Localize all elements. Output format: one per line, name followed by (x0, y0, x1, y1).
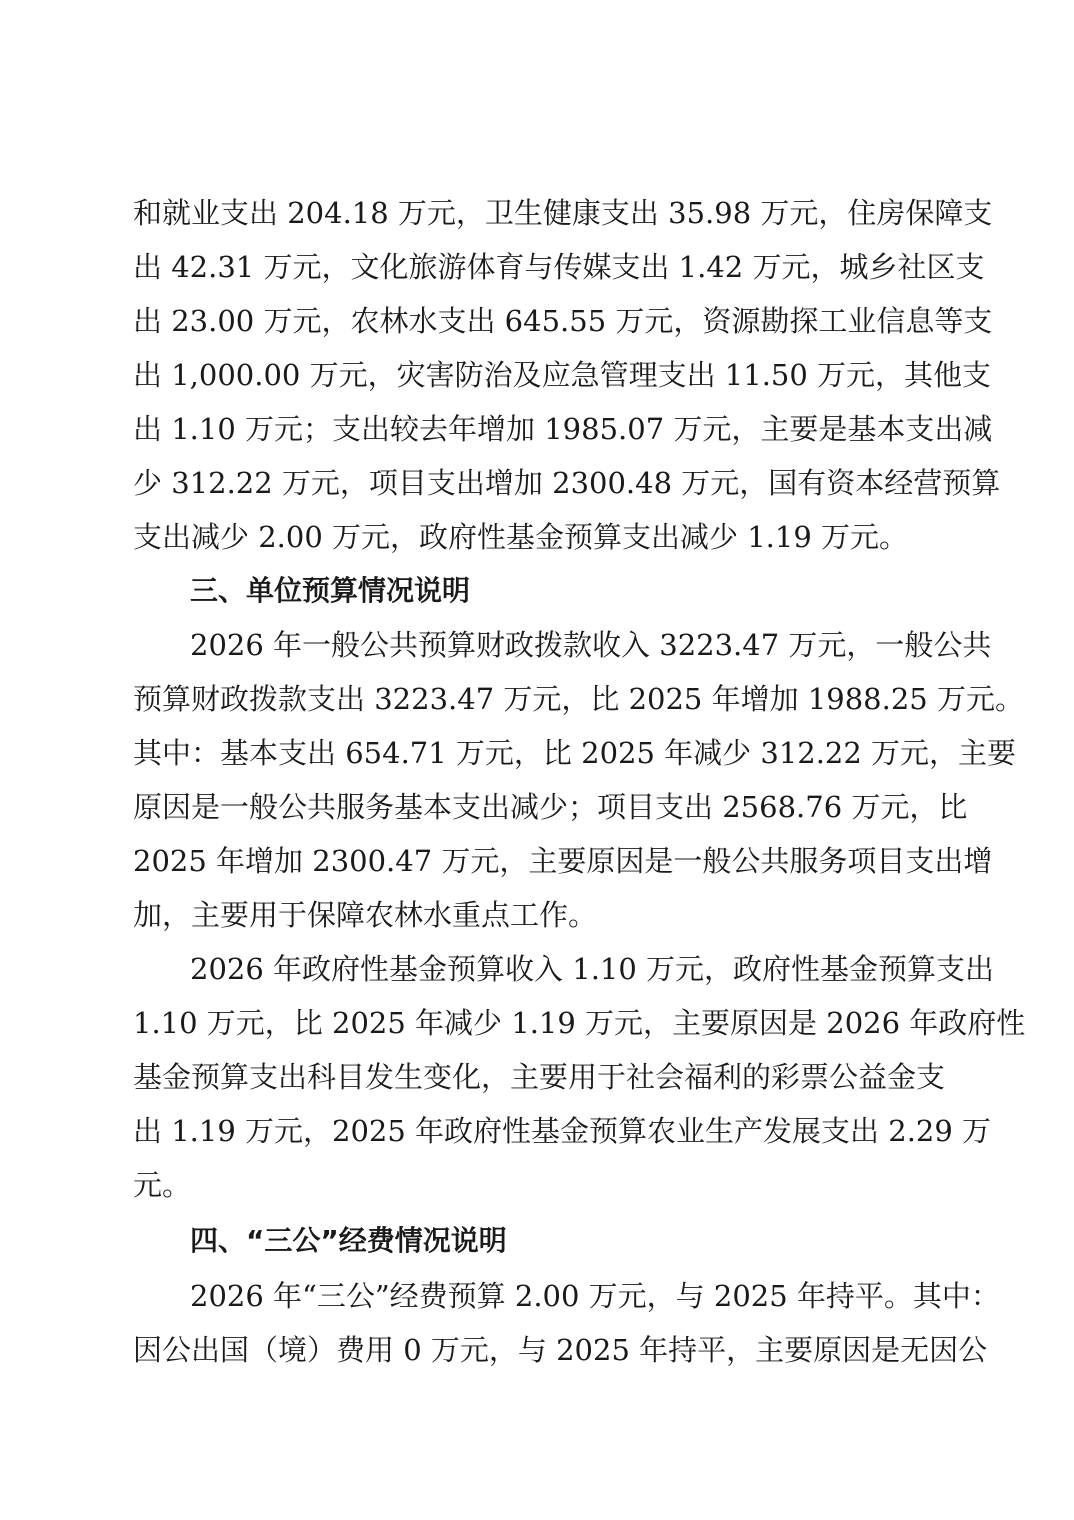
paragraph-line: 原因是一般公共服务基本支出减少；项目支出 2568.76 万元，比 (133, 787, 943, 827)
paragraph-line: 加，主要用于保障农林水重点工作。 (133, 895, 943, 935)
paragraph-line: 其中：基本支出 654.71 万元，比 2025 年减少 312.22 万元，主… (133, 733, 943, 773)
paragraph-line: 2026 年“三公”经费预算 2.00 万元，与 2025 年持平。其中： (190, 1276, 943, 1316)
paragraph-line: 基金预算支出科目发生变化，主要用于社会福利的彩票公益金支 (133, 1057, 943, 1097)
paragraph-line: 2026 年政府性基金预算收入 1.10 万元，政府性基金预算支出 (190, 949, 943, 989)
paragraph-line: 出 1.10 万元；支出较去年增加 1985.07 万元，主要是基本支出减 (133, 409, 943, 449)
paragraph-line: 因公出国（境）费用 0 万元，与 2025 年持平，主要原因是无因公 (133, 1330, 943, 1370)
paragraph-line: 支出减少 2.00 万元，政府性基金预算支出减少 1.19 万元。 (133, 517, 943, 557)
paragraph-line: 1.10 万元，比 2025 年减少 1.19 万元，主要原因是 2026 年政… (133, 1003, 943, 1043)
paragraph-line: 2025 年增加 2300.47 万元，主要原因是一般公共服务项目支出增 (133, 841, 943, 881)
paragraph-line: 出 23.00 万元，农林水支出 645.55 万元，资源勘探工业信息等支 (133, 301, 943, 341)
paragraph-line: 2026 年一般公共预算财政拨款收入 3223.47 万元，一般公共 (190, 625, 943, 665)
paragraph-line: 元。 (133, 1165, 943, 1205)
paragraph-line: 出 42.31 万元，文化旅游体育与传媒支出 1.42 万元，城乡社区支 (133, 247, 943, 287)
paragraph-line: 少 312.22 万元，项目支出增加 2300.48 万元，国有资本经营预算 (133, 463, 943, 503)
section-heading-three-public-expenses: 四、“三公”经费情况说明 (190, 1221, 507, 1261)
paragraph-line: 出 1.19 万元，2025 年政府性基金预算农业生产发展支出 2.29 万 (133, 1111, 943, 1151)
paragraph-line: 和就业支出 204.18 万元，卫生健康支出 35.98 万元，住房保障支 (133, 193, 943, 233)
section-heading-unit-budget: 三、单位预算情况说明 (190, 571, 470, 611)
document-page: 和就业支出 204.18 万元，卫生健康支出 35.98 万元，住房保障支 出 … (0, 0, 1074, 1520)
paragraph-line: 出 1,000.00 万元，灾害防治及应急管理支出 11.50 万元，其他支 (133, 355, 943, 395)
paragraph-line: 预算财政拨款支出 3223.47 万元，比 2025 年增加 1988.25 万… (133, 679, 943, 719)
